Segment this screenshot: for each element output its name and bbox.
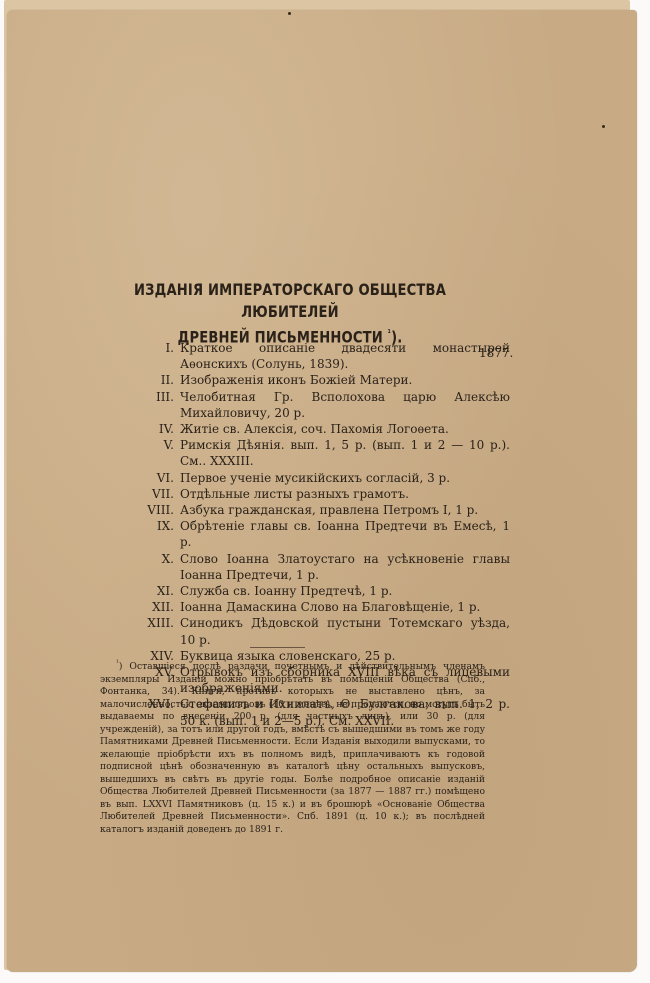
item-number: XI. bbox=[100, 583, 180, 599]
item-text: Изображенія иконъ Божіей Матери. bbox=[180, 372, 510, 388]
item-number: VII. bbox=[100, 486, 180, 502]
footnote: ¹) Оставшіеся послѣ раздачи почетнымъ и … bbox=[100, 657, 485, 836]
scanned-page: ИЗДАНІЯ ИМПЕРАТОРСКАГО ОБЩЕСТВА ЛЮБИТЕЛЕ… bbox=[0, 0, 650, 983]
item-number: III. bbox=[100, 389, 180, 405]
item-text: Служба св. Іоанну Предтечѣ, 1 р. bbox=[180, 583, 510, 599]
item-text: Первое ученіе мусикійскихъ согласій, 3 р… bbox=[180, 470, 510, 486]
list-item: III.Челобитная Гр. Всполохова царю Алекс… bbox=[100, 389, 540, 421]
item-text: Краткое описаніе двадесяти монастырей Аѳ… bbox=[180, 340, 510, 372]
item-number: V. bbox=[100, 437, 180, 453]
paper-speck bbox=[602, 125, 605, 128]
list-item: II.Изображенія иконъ Божіей Матери. bbox=[100, 372, 540, 388]
item-number: II. bbox=[100, 372, 180, 388]
item-number: XII. bbox=[100, 599, 180, 615]
item-number: XIII. bbox=[100, 615, 180, 631]
item-number: VIII. bbox=[100, 502, 180, 518]
list-item: VIII.Азбука гражданская, правлена Петром… bbox=[100, 502, 540, 518]
item-text: Іоанна Дамаскина Слово на Благовѣщеніе, … bbox=[180, 599, 510, 615]
list-item: I.Краткое описаніе двадесяти монастырей … bbox=[100, 340, 540, 372]
item-number: VI. bbox=[100, 470, 180, 486]
item-number: IX. bbox=[100, 518, 180, 534]
item-text: Азбука гражданская, правлена Петромъ I, … bbox=[180, 502, 510, 518]
paper-speck bbox=[288, 12, 291, 15]
title-line-1: ИЗДАНІЯ ИМПЕРАТОРСКАГО ОБЩЕСТВА ЛЮБИТЕЛЕ… bbox=[126, 279, 454, 323]
list-item: IX.Обрѣтеніе главы св. Іоанна Предтечи в… bbox=[100, 518, 540, 550]
item-text: Слово Іоанна Златоустаго на усѣкновеніе … bbox=[180, 551, 510, 583]
item-text: Челобитная Гр. Всполохова царю Алексѣю М… bbox=[180, 389, 510, 421]
item-number: IV. bbox=[100, 421, 180, 437]
item-text: Отдѣльные листы разныхъ грамотъ. bbox=[180, 486, 510, 502]
item-text: Римскія Дѣянія. вып. 1, 5 р. (вып. 1 и 2… bbox=[180, 437, 510, 469]
footnote-divider bbox=[250, 647, 305, 648]
list-item: VI.Первое ученіе мусикійскихъ согласій, … bbox=[100, 470, 540, 486]
item-text: Обрѣтеніе главы св. Іоанна Предтечи въ Е… bbox=[180, 518, 510, 550]
list-item: XII.Іоанна Дамаскина Слово на Благовѣщен… bbox=[100, 599, 540, 615]
list-item: XIII.Синодикъ Дѣдовской пустыни Тотемска… bbox=[100, 615, 540, 647]
footnote-text: ) Оставшіеся послѣ раздачи почетнымъ и д… bbox=[100, 661, 485, 835]
list-item: V.Римскія Дѣянія. вып. 1, 5 р. (вып. 1 и… bbox=[100, 437, 540, 469]
item-text: Синодикъ Дѣдовской пустыни Тотемскаго уѣ… bbox=[180, 615, 510, 647]
list-item: XI.Служба св. Іоанну Предтечѣ, 1 р. bbox=[100, 583, 540, 599]
list-item: VII.Отдѣльные листы разныхъ грамотъ. bbox=[100, 486, 540, 502]
item-number: X. bbox=[100, 551, 180, 567]
list-item: IV.Житіе св. Алексія, соч. Пахомія Логоѳ… bbox=[100, 421, 540, 437]
item-text: Житіе св. Алексія, соч. Пахомія Логоѳета… bbox=[180, 421, 510, 437]
page-title: ИЗДАНІЯ ИМПЕРАТОРСКАГО ОБЩЕСТВА ЛЮБИТЕЛЕ… bbox=[126, 279, 454, 348]
list-item: X.Слово Іоанна Златоустаго на усѣкновені… bbox=[100, 551, 540, 583]
item-number: I. bbox=[100, 340, 180, 356]
